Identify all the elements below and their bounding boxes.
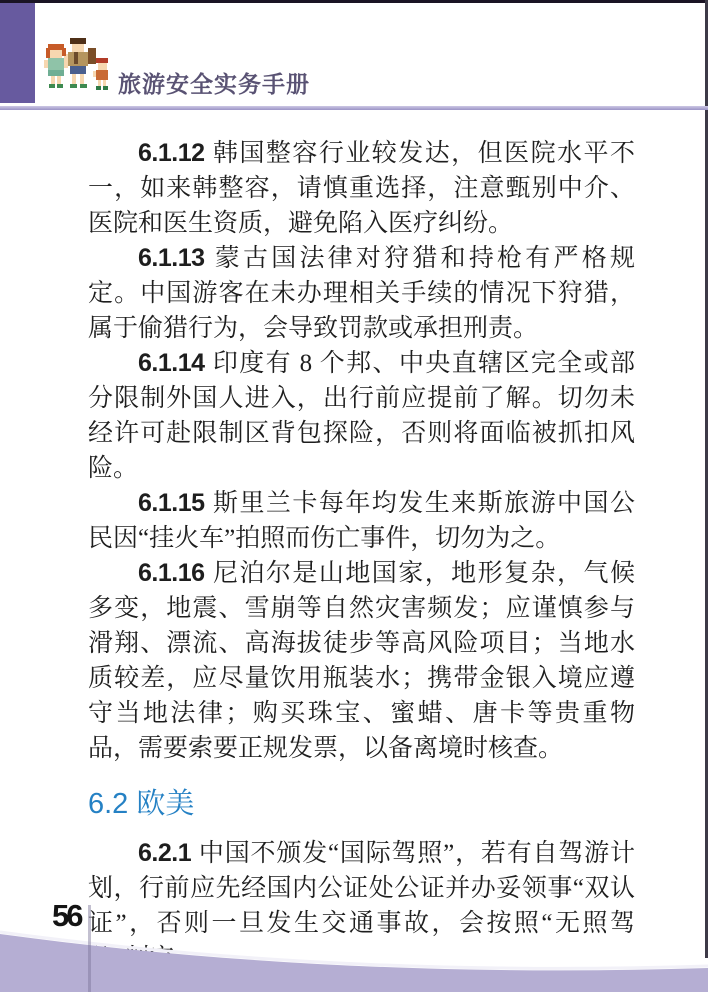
- document-page: 旅游安全实务手册 6.1.12韩国整容行业较发达，但医院水平不一，如来韩整容，请…: [0, 0, 708, 992]
- paragraph-6-1-14: 6.1.14印度有 8 个邦、中央直辖区完全或部分限制外国人进入，出行前应提前了…: [88, 346, 635, 486]
- paragraph-6-1-15: 6.1.15斯里兰卡每年均发生来斯旅游中国公民因“挂火车”拍照而伤亡事件，切勿为…: [88, 486, 635, 556]
- footer-vertical-rule: [88, 905, 91, 992]
- paragraph-6-1-16: 6.1.16尼泊尔是山地国家，地形复杂，气候多变，地震、雪崩等自然灾害频发；应谨…: [88, 556, 635, 766]
- footer-wave-band: [0, 928, 708, 992]
- book-title: 旅游安全实务手册: [118, 66, 310, 99]
- paragraph-number: 6.1.12: [138, 139, 212, 167]
- header-divider: [0, 106, 708, 110]
- paragraph-number: 6.2.1: [138, 839, 198, 867]
- page-body: 6.1.12韩国整容行业较发达，但医院水平不一，如来韩整容，请慎重选择，注意甄别…: [88, 136, 635, 976]
- paragraph-6-1-12: 6.1.12韩国整容行业较发达，但医院水平不一，如来韩整容，请慎重选择，注意甄别…: [88, 136, 635, 241]
- page-number: 56: [52, 898, 80, 934]
- header-corner-block: [0, 3, 35, 103]
- section-heading-6-2: 6.2欧美: [88, 786, 635, 822]
- paragraph-number: 6.1.14: [138, 349, 212, 377]
- paragraph-text: 尼泊尔是山地国家，地形复杂，气候多变，地震、雪崩等自然灾害频发；应谨慎参与滑翔、…: [88, 560, 635, 762]
- paragraph-number: 6.1.13: [138, 244, 212, 272]
- paragraph-6-1-13: 6.1.13蒙古国法律对狩猎和持枪有严格规定。中国游客在未办理相关手续的情况下狩…: [88, 241, 635, 346]
- paragraph-number: 6.1.15: [138, 489, 212, 517]
- paragraph-number: 6.1.16: [138, 559, 212, 587]
- page-top-border: [0, 0, 708, 3]
- traveler-family-icon: [44, 38, 116, 104]
- section-number: 6.2: [88, 788, 136, 820]
- section-title: 欧美: [136, 788, 194, 820]
